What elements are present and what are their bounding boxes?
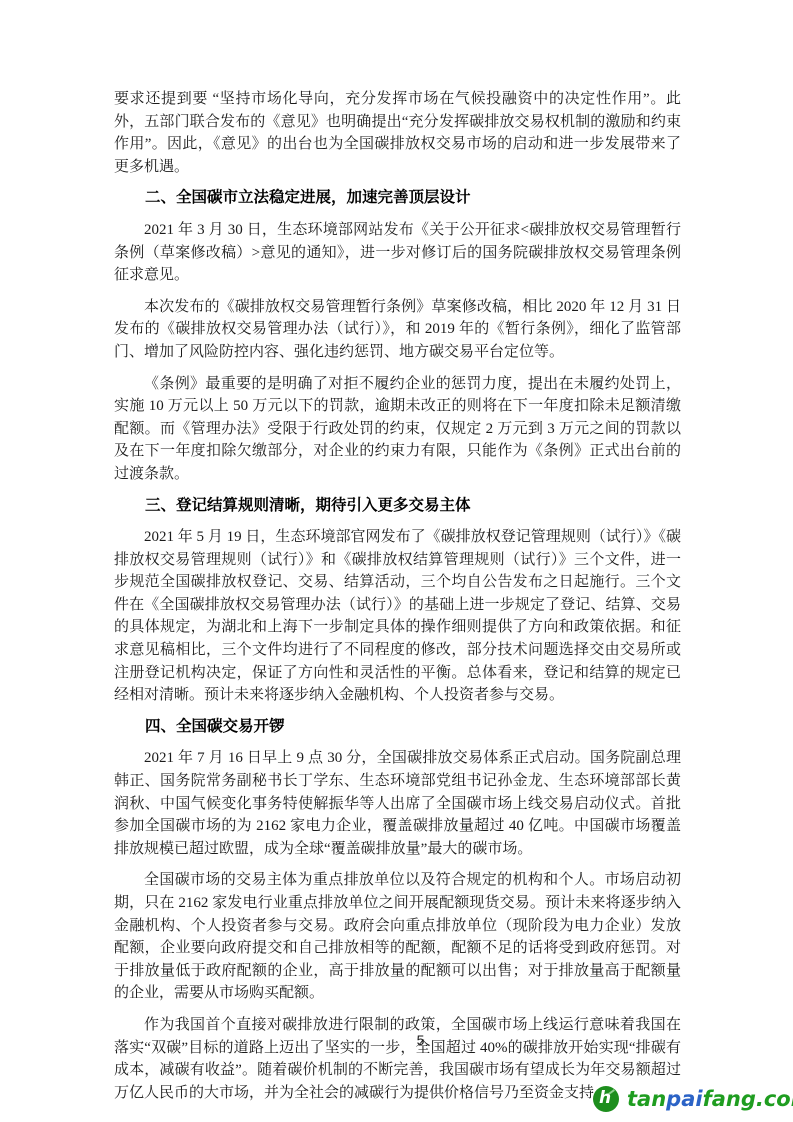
heading-section-4: 四、全国碳交易开锣: [114, 716, 681, 739]
document-content: 要求还提到要 “坚持市场化导向，充分发挥市场在气候投融资中的决定性作用”。此外，…: [114, 88, 681, 1113]
paragraph-draft-regulation-notice: 2021 年 3 月 30 日，生态环境部网站发布《关于公开征求<碳排放权交易管…: [114, 219, 681, 287]
document-page: 要求还提到要 “坚持市场化导向，充分发挥市场在气候投融资中的决定性作用”。此外，…: [0, 0, 793, 1122]
logo-text-fang: fang.com: [703, 1087, 793, 1111]
tanpaifang-logo: h tanpaifang.com: [593, 1086, 793, 1112]
logo-text-tan: tan: [627, 1087, 666, 1111]
heading-section-2: 二、全国碳市立法稳定进展，加速完善顶层设计: [114, 187, 681, 210]
tanpaifang-logo-icon: h: [593, 1086, 619, 1112]
paragraph-penalty-provisions: 《条例》最重要的是明确了对拒不履约企业的惩罚力度，提出在未履约处罚上，实施 10…: [114, 373, 681, 486]
paragraph-draft-comparison: 本次发布的《碳排放权交易管理暂行条例》草案修改稿，相比 2020 年 12 月 …: [114, 296, 681, 364]
page-number: 5: [0, 1032, 793, 1048]
paragraph-opinions-continued: 要求还提到要 “坚持市场化导向，充分发挥市场在气候投融资中的决定性作用”。此外，…: [114, 88, 681, 178]
heading-section-3: 三、登记结算规则清晰，期待引入更多交易主体: [114, 495, 681, 518]
paragraph-market-launch: 2021 年 7 月 16 日早上 9 点 30 分，全国碳排放交易体系正式启动…: [114, 747, 681, 860]
tanpaifang-logo-text: tanpaifang.com: [627, 1089, 793, 1110]
paragraph-three-rules: 2021 年 5 月 19 日，生态环境部官网发布了《碳排放权登记管理规则（试行…: [114, 526, 681, 707]
paragraph-trading-entities: 全国碳市场的交易主体为重点排放单位以及符合规定的机构和个人。市场启动初期，只在 …: [114, 869, 681, 1005]
logo-text-pai: pai: [666, 1087, 702, 1111]
